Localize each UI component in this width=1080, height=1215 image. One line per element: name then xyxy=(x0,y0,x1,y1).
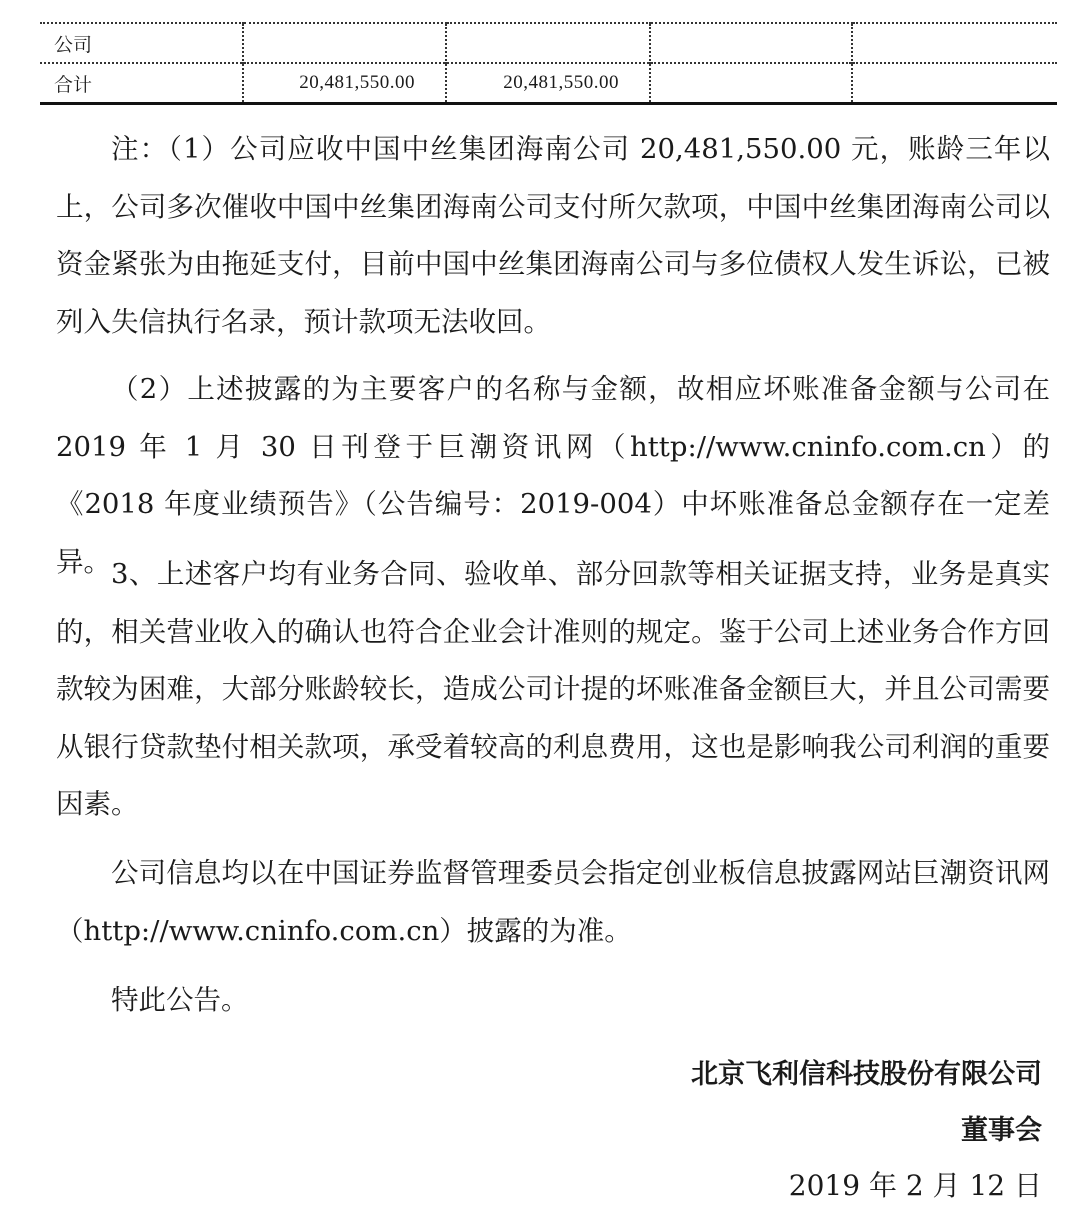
row-label: 合计 xyxy=(40,63,243,104)
total-amount-cell: 20,481,550.00 xyxy=(243,63,446,104)
total-provision-cell: 20,481,550.00 xyxy=(446,63,650,104)
table-row-total: 合计 20,481,550.00 20,481,550.00 xyxy=(40,63,1057,104)
table-cell xyxy=(243,23,446,63)
table-cell xyxy=(650,63,852,104)
announcement-date: 2019 年 2 月 12 日 xyxy=(789,1164,1042,1204)
table-cell xyxy=(650,23,852,63)
table-cell xyxy=(446,23,650,63)
closing-statement: 特此公告。 xyxy=(56,972,1050,1030)
table-cell xyxy=(852,63,1057,104)
row-label: 公司 xyxy=(40,23,243,63)
board-signature: 董事会 xyxy=(961,1108,1042,1147)
section-3-paragraph: 3、上述客户均有业务合同、验收单、部分回款等相关证据支持，业务是真实的，相关营业… xyxy=(56,546,1050,834)
note-1-paragraph: 注：（1）公司应收中国中丝集团海南公司 20,481,550.00 元，账龄三年… xyxy=(56,121,1050,351)
company-name-signature: 北京飞利信科技股份有限公司 xyxy=(691,1052,1042,1091)
table-row-company: 公司 xyxy=(40,23,1057,63)
receivables-table: 公司 合计 20,481,550.00 20,481,550.00 xyxy=(40,22,1057,105)
disclosure-paragraph: 公司信息均以在中国证券监督管理委员会指定创业板信息披露网站巨潮资讯网（http:… xyxy=(56,845,1050,960)
table-cell xyxy=(852,23,1057,63)
